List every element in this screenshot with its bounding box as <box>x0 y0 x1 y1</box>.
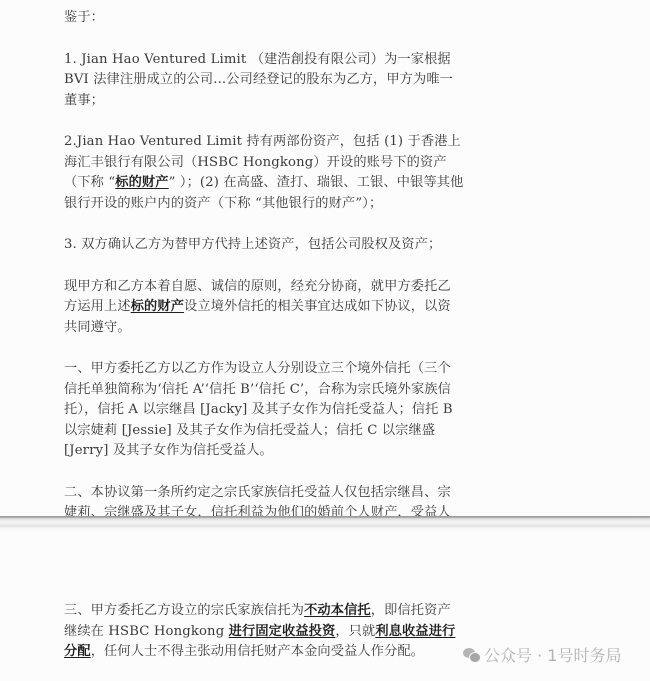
article-1: 一、甲方委托乙方以乙方作为设立人分别设立三个境外信托（三个信托单独简称为‘信托 … <box>64 359 464 462</box>
page-2-text: 三、甲方委托乙方设立的宗氏家族信托为不动本信托，即信托资产继续在 HSBC Ho… <box>64 601 464 663</box>
wechat-icon <box>463 648 480 662</box>
clause-2: 2.Jian Hao Ventured Limit 持有两部份资产，包括 (1)… <box>64 132 464 214</box>
watermark: 公众号 · 1号时务局 <box>463 643 621 666</box>
clause-3: 3. 双方确认乙方为替甲方代持上述资产，包括公司股权及资产； <box>64 235 464 256</box>
clause-1: 1. Jian Hao Ventured Limit （建浩創投有限公司）为一家… <box>64 50 464 112</box>
agreement-intro: 现甲方和乙方本着自愿、诚信的原则，经充分协商，就甲方委托乙方运用上述标的财产设立… <box>64 277 464 339</box>
defined-term-subject-property: 标的财产 <box>131 299 184 314</box>
document-page-1: 鉴于： 1. Jian Hao Ventured Limit （建浩創投有限公司… <box>0 0 650 516</box>
defined-term-subject-property: 标的财产 <box>115 175 168 190</box>
page-1-text: 鉴于： 1. Jian Hao Ventured Limit （建浩創投有限公司… <box>64 8 464 544</box>
defined-term-non-principal-trust: 不动本信托 <box>304 603 371 618</box>
page-break-divider <box>0 516 650 532</box>
watermark-text: 公众号 · 1号时务局 <box>484 643 621 666</box>
article-3: 三、甲方委托乙方设立的宗氏家族信托为不动本信托，即信托资产继续在 HSBC Ho… <box>64 601 464 663</box>
recitals-heading: 鉴于： <box>64 8 464 29</box>
defined-term-fixed-income: 进行固定收益投资 <box>229 624 336 639</box>
